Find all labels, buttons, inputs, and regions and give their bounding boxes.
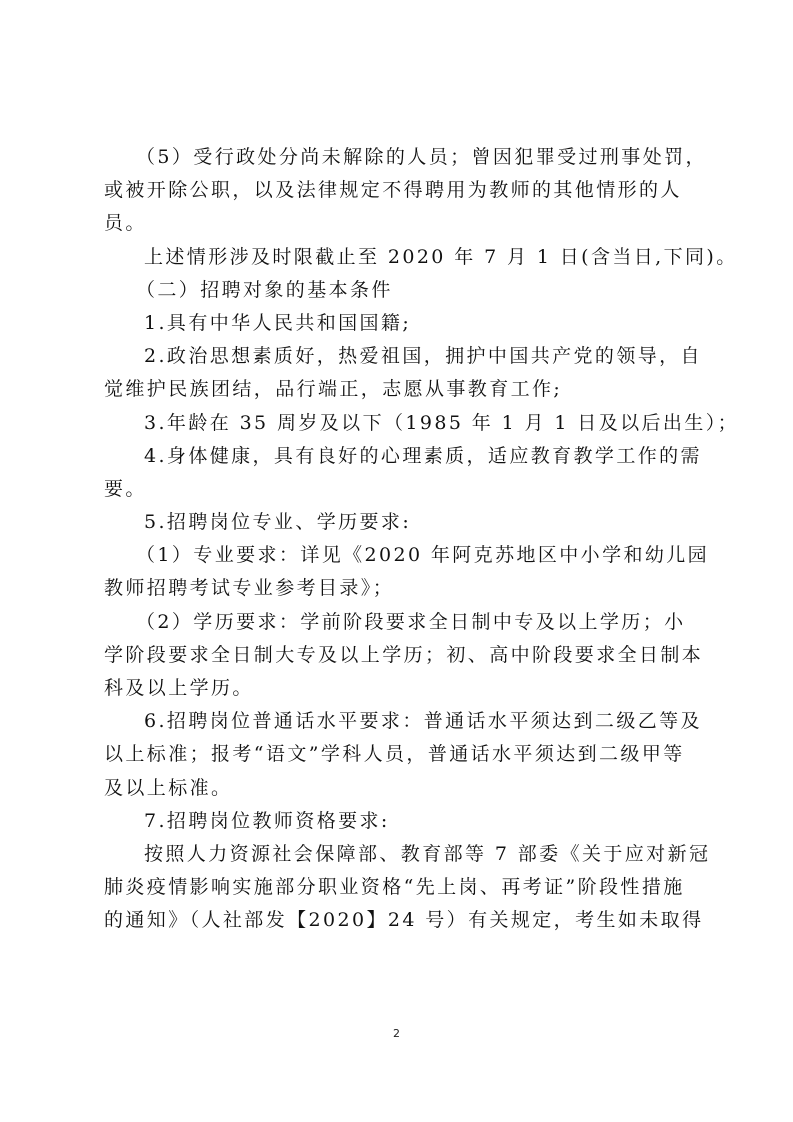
paragraph-line: （2）学历要求：学前阶段要求全日制中专及以上学历；小 bbox=[104, 606, 700, 639]
paragraph-line: 以上标准；报考“语文”学科人员，普通话水平须达到二级甲等 bbox=[104, 738, 700, 771]
paragraph-line: 3.年龄在 35 周岁及以下（1985 年 1 月 1 日及以后出生）； bbox=[104, 407, 700, 440]
document-page: （5）受行政处分尚未解除的人员；曾因犯罪受过刑事处罚， 或被开除公职，以及法律规… bbox=[0, 0, 793, 1122]
section-heading: （二）招聘对象的基本条件 bbox=[104, 274, 700, 307]
paragraph-line: 的通知》（人社部发【2020】24 号）有关规定，考生如未取得 bbox=[104, 904, 700, 937]
paragraph-line: 科及以上学历。 bbox=[104, 672, 700, 705]
paragraph-line: 7.招聘岗位教师资格要求: bbox=[104, 805, 700, 838]
paragraph-line: 2.政治思想素质好，热爱祖国，拥护中国共产党的领导，自 bbox=[104, 340, 700, 373]
document-body: （5）受行政处分尚未解除的人员；曾因犯罪受过刑事处罚， 或被开除公职，以及法律规… bbox=[104, 141, 700, 938]
paragraph-line: 上述情形涉及时限截止至 2020 年 7 月 1 日(含当日,下同)。 bbox=[104, 241, 700, 274]
paragraph-line: 5.招聘岗位专业、学历要求: bbox=[104, 506, 700, 539]
paragraph-line: 学阶段要求全日制大专及以上学历；初、高中阶段要求全日制本 bbox=[104, 639, 700, 672]
paragraph-line: （1）专业要求：详见《2020 年阿克苏地区中小学和幼儿园 bbox=[104, 539, 700, 572]
page-number: 2 bbox=[0, 1027, 793, 1040]
paragraph-line: 肺炎疫情影响实施部分职业资格“先上岗、再考证”阶段性措施 bbox=[104, 871, 700, 904]
paragraph-line: 6.招聘岗位普通话水平要求：普通话水平须达到二级乙等及 bbox=[104, 705, 700, 738]
paragraph-line: 觉维护民族团结，品行端正，志愿从事教育工作; bbox=[104, 373, 700, 406]
paragraph-line: 按照人力资源社会保障部、教育部等 7 部委《关于应对新冠 bbox=[104, 838, 700, 871]
paragraph-line: （5）受行政处分尚未解除的人员；曾因犯罪受过刑事处罚， bbox=[104, 141, 700, 174]
paragraph-line: 员。 bbox=[104, 207, 700, 240]
paragraph-line: 及以上标准。 bbox=[104, 772, 700, 805]
paragraph-line: 1.具有中华人民共和国国籍; bbox=[104, 307, 700, 340]
paragraph-line: 4.身体健康，具有良好的心理素质，适应教育教学工作的需 bbox=[104, 440, 700, 473]
paragraph-line: 或被开除公职，以及法律规定不得聘用为教师的其他情形的人 bbox=[104, 174, 700, 207]
paragraph-line: 教师招聘考试专业参考目录》； bbox=[104, 572, 700, 605]
paragraph-line: 要。 bbox=[104, 473, 700, 506]
